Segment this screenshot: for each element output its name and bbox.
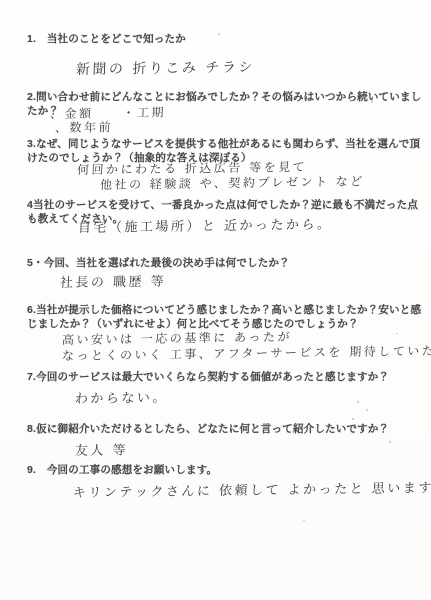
question-7: 7.今回のサービスは最大でいくらなら契約する価値があったと感じますか？	[27, 370, 423, 384]
question-6-text: 6.当社が提示した価格についてどう感じましたか？高いと感じましたか？安いと感じま…	[27, 303, 423, 331]
answer-7-line-1: わからない。	[75, 387, 169, 407]
scan-speck	[371, 101, 373, 103]
scan-speck	[389, 441, 391, 443]
question-9-text: 9. 今回の工事の感想をお願いします。	[27, 463, 423, 477]
answer-3-line-2: 他社の 経験談 や、契約プレゼント など	[100, 172, 365, 193]
question-1-text: 1. 当社のことをどこで知ったか	[27, 32, 423, 46]
question-9: 9. 今回の工事の感想をお願いします。	[27, 463, 423, 477]
answer-1-line-1: 新聞の 折りこみ チラシ	[76, 56, 256, 79]
answer-9-line-1: キリンテックさんに 依頼して よかったと 思います	[73, 477, 431, 501]
answer-4-line-1: 自宅（施工場所）と 近かったから。	[78, 213, 333, 236]
scan-speck	[357, 401, 359, 403]
question-8-text: 8.仮に御紹介いただけるとしたら、どなたに何と言って紹介したいですか？	[27, 422, 423, 436]
question-6: 6.当社が提示した価格についてどう感じましたか？高いと感じましたか？安いと感じま…	[27, 303, 423, 331]
question-5: 5・今回、当社を選ばれた最後の決め手は何でしたか？	[27, 256, 423, 270]
answer-8-line-1: 友人 等	[75, 439, 129, 459]
scan-speck	[352, 418, 354, 420]
question-8: 8.仮に御紹介いただけるとしたら、どなたに何と言って紹介したいですか？	[27, 422, 423, 436]
scan-speck	[218, 33, 220, 35]
question-1: 1. 当社のことをどこで知ったか	[27, 32, 423, 46]
answer-2-line-2: 、数年前	[55, 118, 114, 136]
question-7-text: 7.今回のサービスは最大でいくらなら契約する価値があったと感じますか？	[27, 370, 423, 384]
scan-speck	[396, 333, 398, 334]
question-5-text: 5・今回、当社を選ばれた最後の決め手は何でしたか？	[27, 256, 423, 270]
scan-speck	[303, 520, 305, 521]
survey-page: 1. 当社のことをどこで知ったか 新聞の 折りこみ チラシ 2.問い合わせ前にど…	[0, 0, 431, 600]
scan-speck	[366, 409, 368, 411]
answer-5-line-1: 社長の 職歴 等	[60, 271, 167, 291]
